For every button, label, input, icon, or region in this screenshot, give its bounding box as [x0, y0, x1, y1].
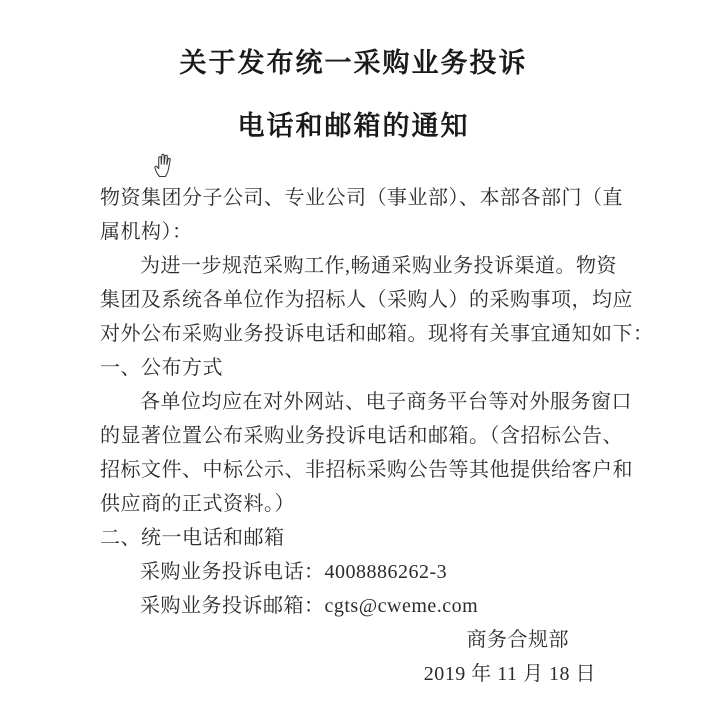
document-page[interactable]: 关于发布统一采购业务投诉 电话和邮箱的通知 物资集团分子公司、专业公司（事业部）…: [0, 0, 707, 704]
body-line: 招标文件、中标公示、非招标采购公告等其他提供给客户和: [100, 453, 621, 487]
body-line: 的显著位置公布采购业务投诉电话和邮箱。（含招标公告、: [100, 419, 621, 453]
email-label: 采购业务投诉邮箱：: [140, 595, 325, 617]
section-heading-2: 二、统一电话和邮箱: [100, 521, 621, 555]
phone-line: 采购业务投诉电话：4008886262-3: [100, 555, 621, 589]
body-line: 对外公布采购业务投诉电话和邮箱。现将有关事宜通知如下：: [100, 317, 621, 351]
email-value: cgts@cweme.com: [325, 595, 479, 617]
body-line: 各单位均应在对外网站、电子商务平台等对外服务窗口: [100, 385, 621, 419]
section-heading-1: 一、公布方式: [100, 351, 621, 385]
body-line: 集团及系统各单位作为招标人（采购人）的采购事项，均应: [100, 283, 621, 317]
document-title: 关于发布统一采购业务投诉 电话和邮箱的通知: [0, 0, 707, 141]
signature-date: 2019 年 11 月 18 日: [100, 657, 596, 691]
phone-label: 采购业务投诉电话：: [140, 561, 325, 583]
body-line: 供应商的正式资料。）: [100, 487, 621, 521]
body-line: 为进一步规范采购工作,畅通采购业务投诉渠道。物资: [100, 249, 621, 283]
document-body: 物资集团分子公司、专业公司（事业部）、本部各部门（直 属机构）： 为进一步规范采…: [0, 181, 707, 691]
email-line: 采购业务投诉邮箱：cgts@cweme.com: [100, 589, 621, 623]
phone-value: 4008886262-3: [325, 561, 448, 583]
doc-title-line-1: 关于发布统一采购业务投诉: [0, 0, 707, 78]
signature-department: 商务合规部: [100, 623, 569, 657]
hand-cursor-icon: [152, 151, 176, 178]
body-line: 属机构）：: [100, 215, 621, 249]
body-line: 物资集团分子公司、专业公司（事业部）、本部各部门（直: [100, 181, 621, 215]
doc-title-line-2: 电话和邮箱的通知: [0, 111, 707, 141]
